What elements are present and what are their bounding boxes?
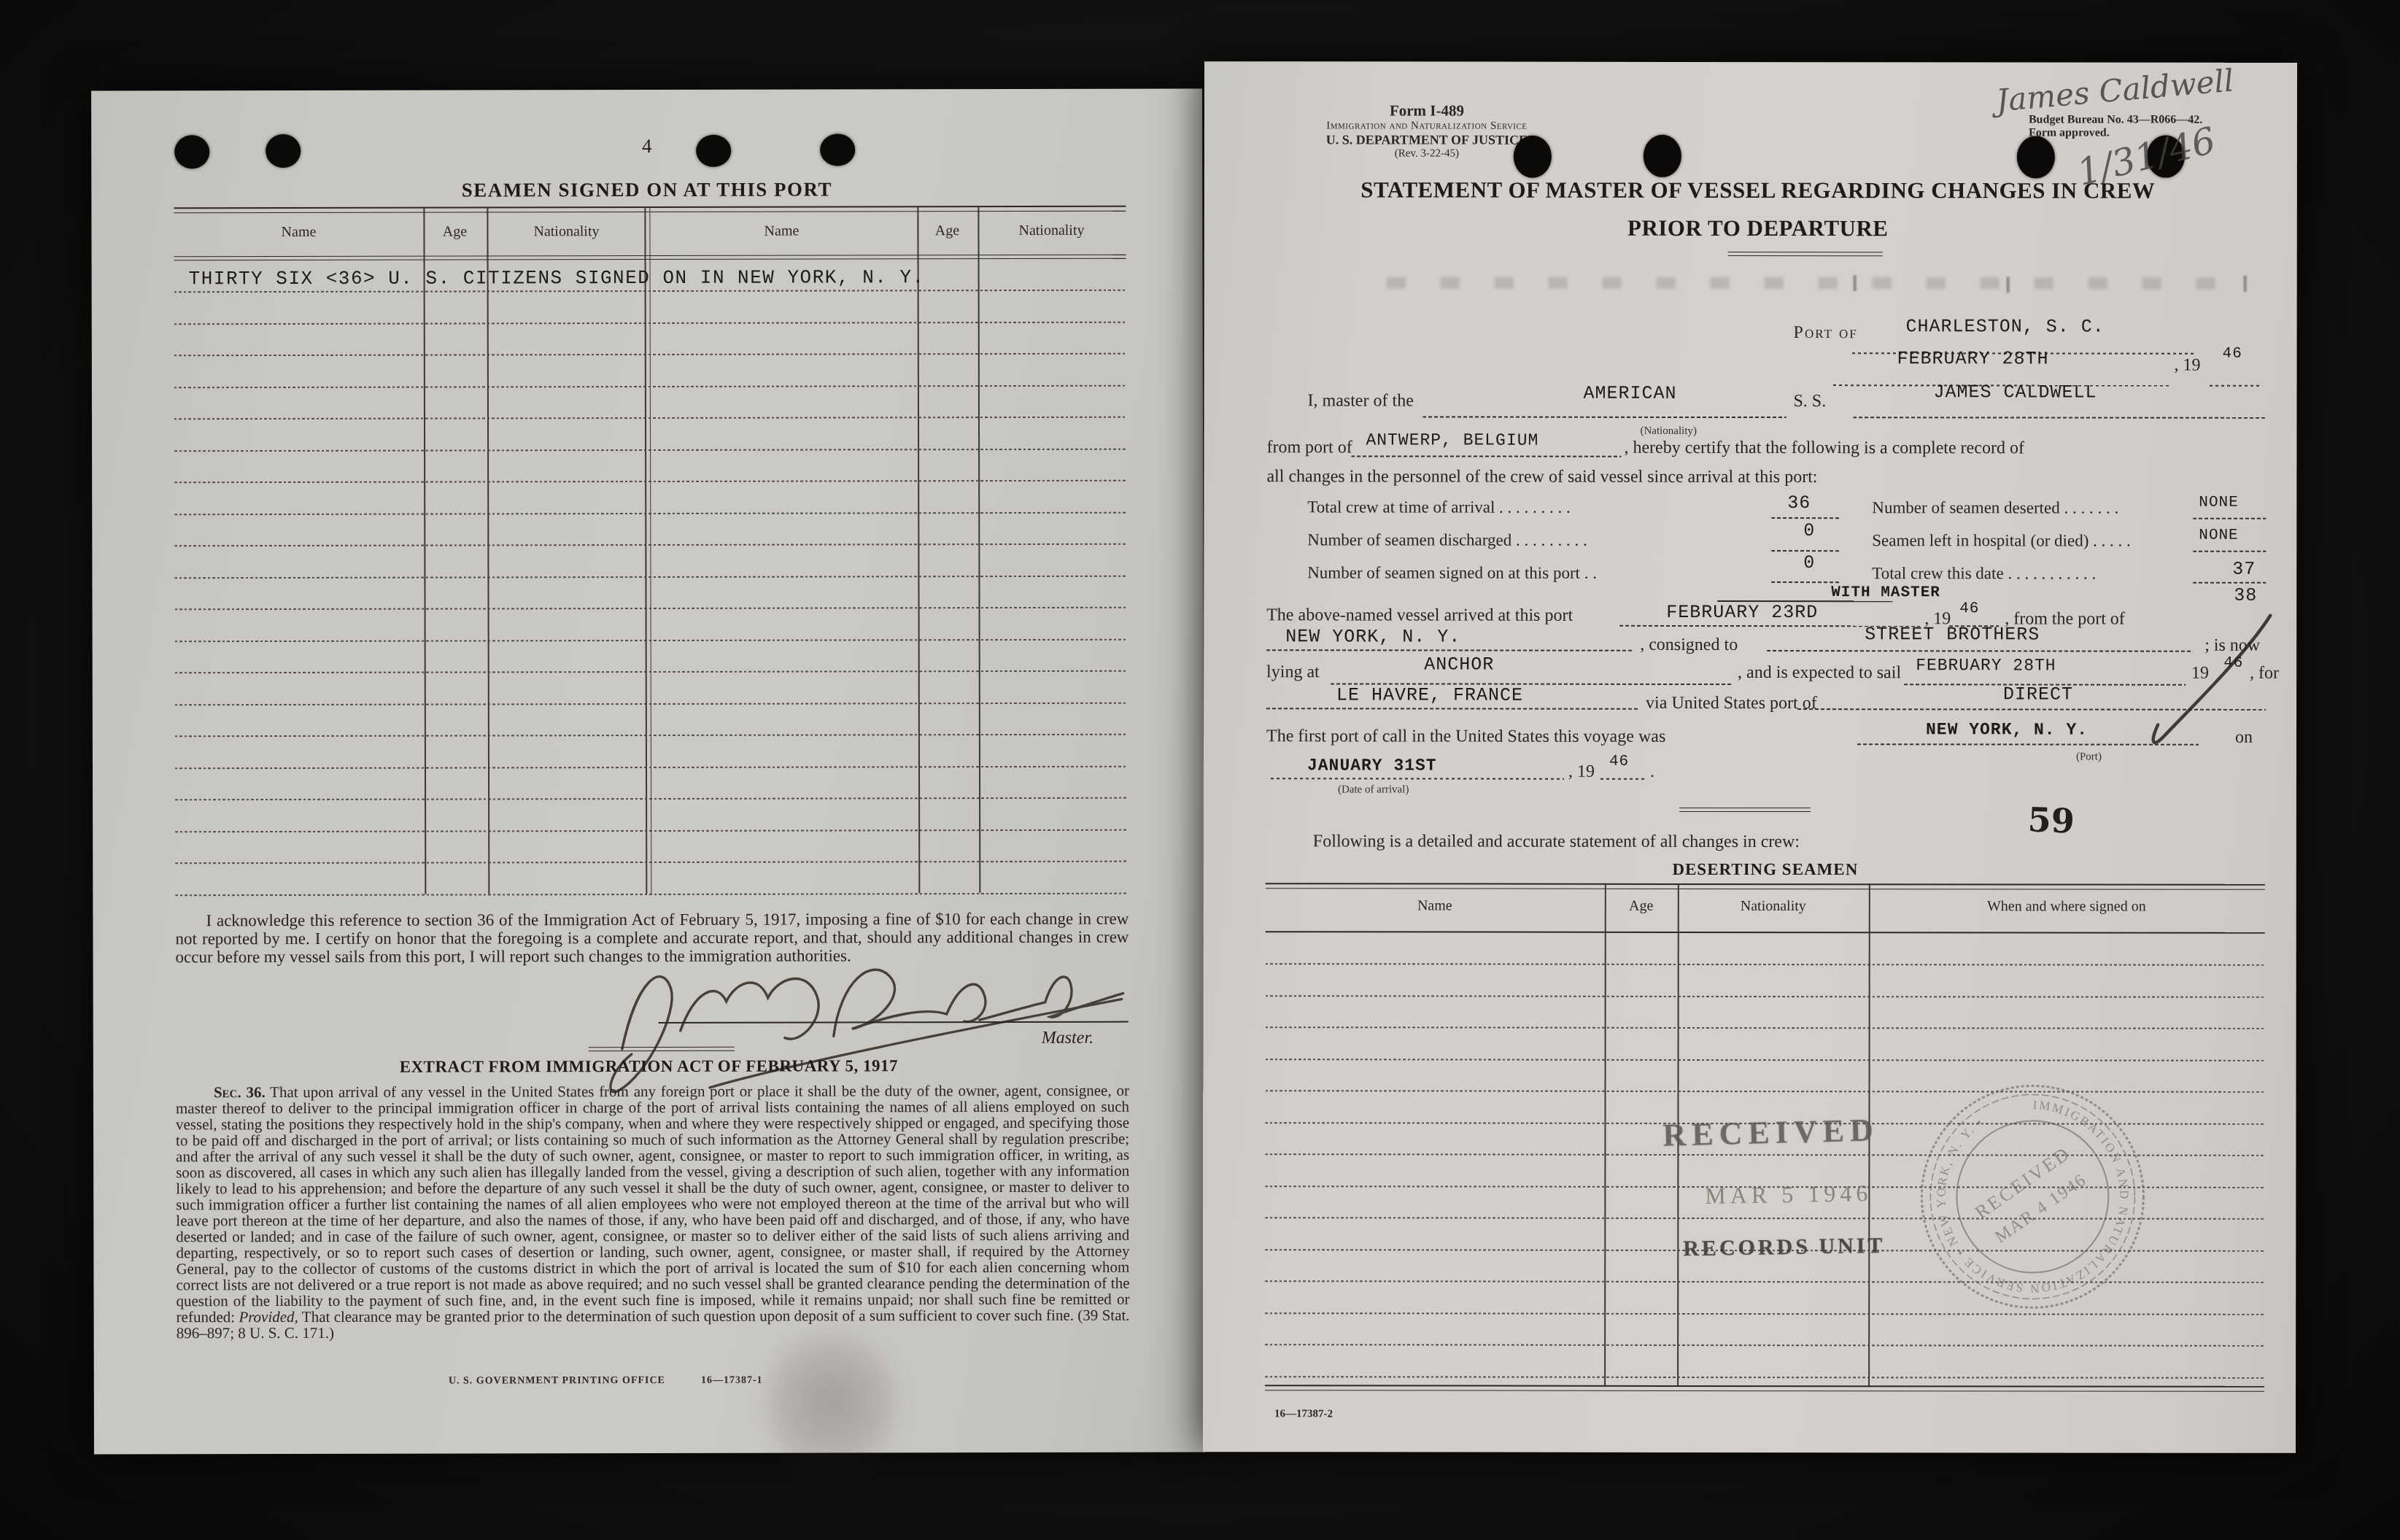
field-line — [1771, 517, 1840, 519]
arrived-port: NEW YORK, N. Y. — [1285, 626, 1460, 647]
column-header-age: Age — [1629, 898, 1653, 915]
stat-discharged-value: 0 — [1803, 520, 1815, 541]
column-divider — [423, 207, 426, 894]
master-caption: Master. — [1042, 1029, 1093, 1048]
punch-hole — [2017, 136, 2055, 178]
from-port-label: from port of — [1266, 438, 1352, 457]
table-row-rule — [175, 892, 1127, 896]
from-port-value: ANTWERP, BELGIUM — [1366, 430, 1538, 449]
first-port-label: The first port of call in the United Sta… — [1266, 727, 1665, 747]
field-line — [2193, 551, 2266, 552]
column-divider — [487, 206, 489, 894]
field-line — [1351, 455, 1621, 457]
date-value: FEBRUARY 28TH — [1897, 348, 2049, 369]
stat-total-arrival-label: Total crew at time of arrival . . . . . … — [1307, 498, 1571, 516]
column-header-nationality: Nationality — [1018, 223, 1084, 239]
handwritten-name: James Caldwell — [1994, 63, 2235, 119]
field-line — [1266, 649, 1634, 651]
extract-body: That upon arrival of any vessel in the U… — [176, 1082, 1130, 1326]
extract-end: That clearance may be granted prior to t… — [177, 1307, 1130, 1342]
column-header-age: Age — [443, 224, 467, 241]
column-header-age: Age — [935, 223, 959, 239]
page-number: 4 — [91, 134, 1202, 158]
arrival-year: 46 — [1609, 754, 1629, 770]
stat-deserted-label: Number of seamen deserted . . . . . . . — [1872, 498, 2118, 517]
column-header-name: Name — [1417, 898, 1452, 915]
field-line — [2193, 518, 2266, 519]
deserting-seamen-title: DESERTING SEAMEN — [1266, 859, 2265, 879]
left-page: 4 SEAMEN SIGNED ON AT THIS PORT Name Age… — [91, 88, 1205, 1454]
handwritten-number: 59 — [2027, 800, 2075, 840]
table-row-rule — [1266, 1026, 2265, 1029]
master-prefix: I, master of the — [1307, 391, 1413, 411]
field-line — [1422, 417, 1786, 419]
column-header-signed-on: When and where signed on — [1987, 898, 2146, 915]
ghost-mark — [2244, 276, 2247, 292]
following-line: Following is a detailed and accurate sta… — [1313, 832, 1800, 852]
ghost-impression — [1387, 276, 2248, 289]
on-label: on — [2235, 728, 2253, 748]
extract-title: EXTRACT FROM IMMIGRATION ACT OF FEBRUARY… — [93, 1056, 1204, 1077]
budget-bureau-line: Budget Bureau No. 43—R066—42. — [2029, 113, 2202, 126]
punch-hole — [1644, 135, 1681, 177]
port-value: CHARLESTON, S. C. — [1906, 316, 2105, 337]
round-inspection-stamp: IMMIGRATION AND NATURALIZATION SERVICE •… — [1912, 1076, 2153, 1317]
form-title-line1: STATEMENT OF MASTER OF VESSEL REGARDING … — [1234, 177, 2283, 204]
arrived-prefix: The above-named vessel arrived at this p… — [1266, 605, 1573, 625]
punch-hole — [1514, 136, 1552, 178]
svg-text:IMMIGRATION AND NATURALIZATION: IMMIGRATION AND NATURALIZATION SERVICE •… — [1934, 1098, 2132, 1295]
footer-office-label: U. S. GOVERNMENT PRINTING OFFICE — [449, 1375, 665, 1387]
nationality-value: AMERICAN — [1584, 383, 1677, 404]
via-value: DIRECT — [2003, 684, 2073, 705]
field-line — [1771, 581, 1840, 583]
round-stamp-ring-text: IMMIGRATION AND NATURALIZATION SERVICE •… — [1934, 1098, 2132, 1295]
port-of-label: Port of — [1794, 323, 1858, 343]
left-table-rows — [91, 88, 1202, 90]
table-row-rule — [1266, 963, 2265, 965]
table-row-rule — [1265, 1376, 2264, 1378]
form-number-footer: 16—17387-2 — [1274, 1408, 1333, 1420]
column-header-name: Name — [764, 223, 800, 240]
table-top-border — [1266, 883, 2265, 889]
right-table-rows — [1204, 61, 2297, 63]
extract-paragraph: Sec. 36. That upon arrival of any vessel… — [176, 1083, 1130, 1342]
field-line — [1853, 417, 2266, 419]
arrived-year: 46 — [1959, 600, 1979, 617]
vessel-name: JAMES CALDWELL — [1934, 382, 2097, 403]
signed-on-entry: THIRTY SIX <36> U. S. CITIZENS SIGNED ON… — [189, 266, 925, 290]
year-value: 46 — [2223, 346, 2242, 363]
field-line — [1771, 550, 1840, 552]
with-master-note: WITH MASTER — [1831, 584, 1940, 601]
stat-hospital-value: NONE — [2199, 527, 2238, 544]
via-label: via United States port of — [1646, 694, 1817, 713]
column-divider-center — [644, 206, 651, 894]
column-divider — [1604, 883, 1606, 1387]
consignee-value: STREET BROTHERS — [1865, 624, 2040, 645]
field-line — [1600, 778, 1646, 780]
divider-rule — [589, 1047, 735, 1051]
right-page: James Caldwell Form I-489 Immigration an… — [1203, 61, 2297, 1453]
divider-rule — [1679, 808, 1811, 812]
lying-at-label: lying at — [1266, 662, 1320, 682]
column-header-nationality: Nationality — [533, 223, 599, 240]
table-row-rule — [1266, 995, 2265, 997]
table-bottom-border — [1265, 1385, 2264, 1391]
paper-stain — [765, 1322, 897, 1482]
field-line — [2193, 582, 2266, 584]
table-row-rule — [1265, 1344, 2264, 1346]
field-line — [1266, 708, 1640, 710]
received-stamp-line2: MAR 5 1946 — [1705, 1180, 1872, 1210]
arrived-date: FEBRUARY 23RD — [1666, 602, 1818, 623]
pen-stroke — [2123, 603, 2291, 763]
arrival-period: . — [1650, 762, 1654, 782]
form-id: Form I-489 — [1274, 101, 1580, 120]
extract-provided: Provided, — [239, 1308, 298, 1326]
scanned-document-photo: 4 SEAMEN SIGNED ON AT THIS PORT Name Age… — [0, 0, 2400, 1540]
extract-lead: Sec. 36. — [214, 1083, 266, 1101]
master-signature — [545, 928, 1144, 1104]
first-port-value: NEW YORK, N. Y. — [1926, 720, 2088, 739]
column-divider — [917, 206, 920, 893]
column-header-nationality: Nationality — [1741, 898, 1806, 915]
ghost-mark — [2007, 276, 2010, 293]
field-line — [1857, 743, 2199, 745]
ss-label: S. S. — [1793, 392, 1826, 411]
table-row-rule — [1266, 1059, 2265, 1061]
field-line — [2210, 385, 2261, 387]
nationality-caption: (Nationality) — [1640, 425, 1697, 438]
column-divider — [978, 206, 980, 893]
printing-office-footer: U. S. GOVERNMENT PRINTING OFFICE 16—1738… — [94, 1374, 1118, 1388]
stat-hospital-label: Seamen left in hospital (or died) . . . … — [1872, 531, 2131, 550]
certify-suffix: , hereby certify that the following is a… — [1624, 438, 2024, 459]
port-caption: (Port) — [2076, 751, 2102, 763]
stat-total-date-value: 37 — [2232, 559, 2256, 580]
destination-value: LE HAVRE, FRANCE — [1336, 684, 1523, 705]
table-header-underline — [1266, 931, 2265, 933]
ghost-mark — [1854, 275, 1857, 291]
received-stamp-line1: RECEIVED — [1662, 1111, 1879, 1153]
stat-total-arrival-value: 36 — [1787, 492, 1811, 514]
form-title-line2: PRIOR TO DEPARTURE — [1234, 214, 2283, 242]
left-table-title: SEAMEN SIGNED ON AT THIS PORT — [91, 177, 1202, 202]
agency-name: Immigration and Naturalization Service — [1274, 120, 1580, 132]
received-stamp-line3: RECORDS UNIT — [1683, 1234, 1886, 1262]
sail-label: , and is expected to sail — [1738, 663, 1901, 683]
stat-discharged-label: Number of seamen discharged . . . . . . … — [1307, 530, 1587, 549]
consigned-label: , consigned to — [1640, 635, 1738, 655]
arrival-date-value: JANUARY 31ST — [1307, 756, 1437, 775]
stat-deserted-value: NONE — [2199, 495, 2238, 511]
lying-value: ANCHOR — [1424, 654, 1494, 676]
year-prefix: , 19 — [2175, 356, 2201, 376]
title-underline — [1728, 252, 1883, 256]
arrival-year-prefix: , 19 — [1568, 762, 1595, 782]
sail-date: FEBRUARY 28TH — [1916, 656, 2056, 675]
stat-signed-on-label: Number of seamen signed on at this port … — [1307, 563, 1597, 582]
column-header-name: Name — [282, 224, 317, 241]
footer-form-number: 16—17387-1 — [701, 1375, 763, 1386]
stat-total-date-label: Total crew this date . . . . . . . . . .… — [1872, 564, 2096, 583]
certify-line2: all changes in the personnel of the crew… — [1266, 467, 1817, 487]
field-line — [1271, 778, 1564, 779]
stat-signed-on-value: 0 — [1803, 552, 1815, 573]
arrival-caption: (Date of arrival) — [1338, 783, 1409, 796]
